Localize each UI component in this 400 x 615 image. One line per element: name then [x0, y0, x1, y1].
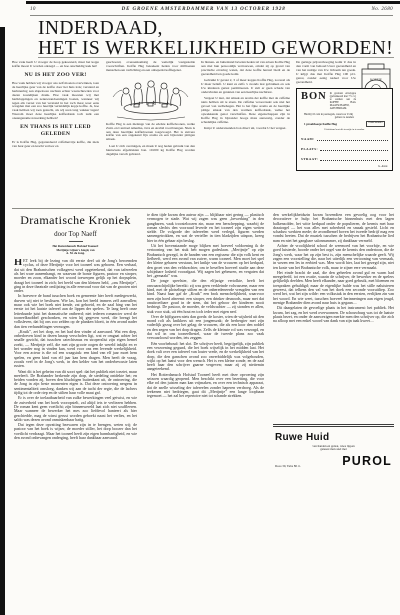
purol-price: Doos 30, Tube 80 ct.	[275, 464, 301, 468]
bon-request: Hierbij 10 cent in postzegels, waarvoor …	[301, 113, 388, 119]
ad-paragraph: Koffie Hag is een melange van de edelste…	[106, 123, 195, 143]
bon-label-name: NAAM:	[301, 137, 315, 141]
ad-column-4: KOFFIE HAG De geringe prijsverhooging ko…	[296, 61, 393, 207]
kroniek-paragraph: Achter de vroolijkheid school de weemoed…	[273, 244, 394, 270]
bon-instruction: In gesloten enveloppe (gefrankeerd met 7…	[330, 92, 356, 110]
kroniek-paragraph: Want dit is het geheim van dit soort spe…	[14, 370, 137, 396]
package-label-line1: KOFFIE	[370, 78, 382, 82]
bon-label-street: STRAAT:	[301, 157, 318, 161]
headline-line1: INDERDAAD,	[38, 19, 394, 39]
bon-dotted-line	[320, 147, 388, 151]
ad-subhead-nu-is-het-zoo-ver: NU IS HET ZOO VER!	[14, 72, 97, 78]
bon-note: Gratis monster	[366, 121, 385, 127]
kroniek-text: ET leek bij de lezing van dit eerste dee…	[14, 259, 137, 293]
bon-title: BON	[301, 92, 327, 101]
kroniek-body: te dien tijde kwam den auteur zijn — bli…	[147, 213, 264, 398]
kroniek-paragraph: Dat tegen deze opvatting bezwaren zijn i…	[14, 423, 137, 440]
kroniek-body: HET leek bij de lezing van dit eerste de…	[14, 259, 137, 481]
bon-coupon: BON In gesloten enveloppe (gefrankeerd m…	[296, 88, 393, 171]
purol-ad: Ruwe Huid van handen en gelaat, ruwe lip…	[273, 430, 394, 468]
headline-rule	[38, 57, 394, 58]
ad-paragraph: Hoe vaak heeft U vroeger de hoop gekoest…	[12, 61, 99, 69]
kroniek-body: den werkelijkheidszin kwam bovendien een…	[273, 213, 394, 419]
headline-line2: HET IS WERKELIJKHEID GEWORDEN!	[38, 39, 394, 59]
bon-field-name: NAAM:	[301, 137, 388, 141]
ad-paragraph: Laat U zich overtuigen, en maak U nog he…	[106, 145, 195, 157]
kroniek-title: Dramatische Kroniek	[14, 213, 137, 228]
kroniek-paragraph: Het Rotterdamsch Hofstad Tooneel heeft m…	[147, 373, 264, 399]
ad-paragraph: Er is Koffie Hag, gegarandeerd coffeïnev…	[12, 141, 99, 149]
bon-condition: Uitsluitend met dit strookje in te zende…	[301, 128, 388, 131]
ad-paragraph: geschoond, overeenkomstig de wettelijk v…	[106, 61, 195, 73]
bon-item: 1 proefdoosje Koffie Hag	[304, 122, 337, 126]
headline: INDERDAAD, HET IS WERKELIJKHEID GEWORDEN…	[38, 19, 394, 58]
purol-text-line: geneest men snel met	[275, 448, 392, 452]
bon-dotted-line	[320, 157, 388, 161]
ad-paragraph: Hoe vaak hebben wij vroeger ons zelf moe…	[12, 82, 99, 121]
coffee-table-scene-illustration	[107, 75, 194, 121]
kroniek-column-3: den werkelijkheidszin kwam bovendien een…	[273, 213, 394, 489]
purol-bottom-row: Doos 30, Tube 80 ct. PUROL	[275, 454, 392, 468]
purol-brand: PUROL	[342, 454, 392, 468]
newspaper-page: 10 DE GROENE AMSTERDAMMER VAN 13 OCTOBER…	[0, 0, 400, 615]
ad-column-1: Hoe vaak heeft U vroeger de hoop gekoest…	[12, 61, 99, 207]
bon-source-mark: G. Amst.	[378, 164, 388, 168]
kroniek-paragraph: De jonge speelster, die den elfjarige ve…	[147, 279, 264, 313]
kroniek-paragraph: In hoeverre de band tusschen boek en gem…	[14, 294, 137, 328]
purol-ad-divider	[273, 424, 394, 427]
masthead-title: DE GROENE AMSTERDAMMER VAN 13 OCTOBER 19…	[36, 7, 372, 12]
bon-field-place: PLAATS:	[301, 147, 388, 151]
kroniek-paragraph: Eén voorbehoud: het slot. De schrijver h…	[147, 342, 264, 372]
ornament-rule	[69, 241, 83, 242]
masthead-rule	[30, 15, 393, 16]
kroniek-byline: door Top Naeff	[14, 230, 137, 238]
ad-column-3: In binnen- en buitenland bevelen heden t…	[201, 61, 290, 207]
bon-label-place: PLAATS:	[301, 147, 318, 151]
kroniek-paragraph: Er is over de toelaatbaarheid van zulke …	[14, 396, 137, 422]
kroniek-paragraph: Over de bijfiguren niets dan goeds: de k…	[147, 315, 264, 341]
scan-frame-left	[0, 27, 5, 615]
kroniek-paragraph: Het einde bracht de zaal, die den geheel…	[273, 271, 394, 305]
kroniek-paragraph: HET leek bij de lezing van dit eerste de…	[14, 259, 137, 293]
bon-header: BON In gesloten enveloppe (gefrankeerd m…	[301, 92, 356, 110]
ad-paragraph: In binnen- en buitenland bevelen heden t…	[201, 61, 290, 77]
kroniek-column-1: Dramatische Kroniek door Top Naeff Het R…	[14, 213, 137, 489]
issue-number: No. 2680	[371, 7, 393, 12]
masthead: 10 DE GROENE AMSTERDAMMER VAN 13 OCTOBER…	[30, 7, 393, 12]
scan-frame-top	[26, 1, 400, 4]
ad-subhead-en-thans: EN THANS IS HET LEED GELEDEN	[14, 124, 97, 137]
kroniek-paragraph: den werkelijkheidszin kwam bovendien een…	[273, 213, 394, 243]
ad-paragraph: Vergeet U niet, dat smaak en aroma der k…	[201, 97, 290, 124]
kroniek-column-2: te dien tijde kwam den auteur zijn — bli…	[147, 213, 264, 489]
kroniek-paragraph: „Kruik”, zei het dorp, en het had den vi…	[14, 330, 137, 369]
section-divider-rule	[12, 208, 394, 209]
bon-item-row: 1 proefdoosje Koffie Hag Gratis monster	[301, 121, 388, 127]
ad-paragraph: Gebruikt U gerust 2, 3 of meer kopjes Ko…	[201, 79, 290, 95]
purol-heading: Ruwe Huid	[275, 432, 392, 443]
kroniek-paragraph: te dien tijde kwam den auteur zijn — bli…	[147, 213, 264, 243]
ad-column-2: geschoond, overeenkomstig de wettelijk v…	[106, 61, 195, 207]
bon-field-street: STRAAT:	[301, 157, 388, 161]
ad-paragraph-with-package: KOFFIE HAG De geringe prijsverhooging ko…	[296, 61, 393, 84]
kroniek-paragraph: Dit daargelaten de gevoelige plaats in h…	[273, 306, 394, 323]
ad-paragraph: Knipt U onderstaanden bon direct uit, vo…	[201, 127, 290, 131]
bon-dotted-line	[317, 137, 388, 141]
kroniek-paragraph: Uit het bovenstaande moge blijken met ho…	[147, 244, 264, 278]
kroniek-caption-line: A. M. de Jong.	[14, 252, 137, 256]
